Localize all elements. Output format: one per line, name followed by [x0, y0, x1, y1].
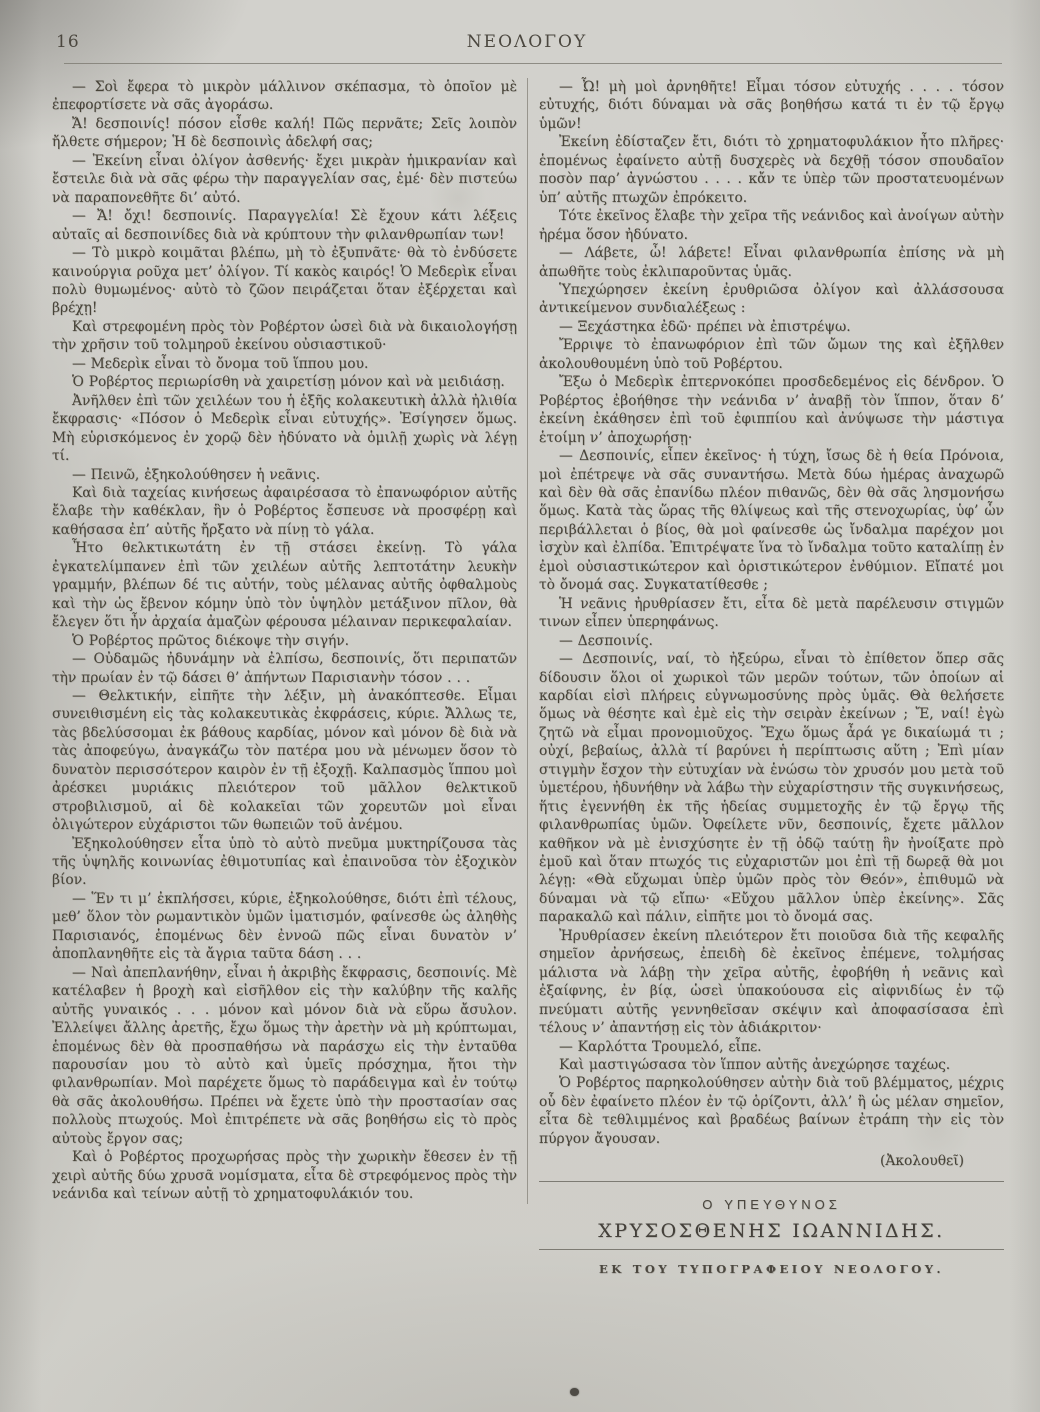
paragraph: — Δεσποινίς, εἶπεν ἐκεῖνος· ἡ τύχη, ἴσως… — [539, 447, 1004, 595]
colophon-rule — [539, 1181, 1004, 1182]
paragraph: Ἠρυθρίασεν ἐκείνη πλειότερον ἔτι ποιοῦσα… — [539, 927, 1004, 1038]
right-column: — Ὦ! μὴ μοὶ ἀρνηθῆτε! Εἶμαι τόσον εὐτυχή… — [528, 78, 1004, 1278]
paragraph: Ἀνῆλθεν ἐπὶ τῶν χειλέων του ἡ ἑξῆς κολακ… — [52, 392, 517, 466]
paragraph: — Οὐδαμῶς ἠδυνάμην νὰ ἐλπίσω, δεσποινίς,… — [52, 650, 517, 687]
masthead: 16 ΝΕΟΛΟΓΟΥ — [52, 18, 1002, 64]
paragraph: Ἄ! δεσποινίς! πόσον εἶσθε καλή! Πῶς περν… — [52, 115, 517, 152]
paragraph: Ἦτο θελκτικωτάτη ἐν τῇ στάσει ἐκείνῃ. Τὸ… — [52, 539, 517, 631]
colophon: Ο ΥΠΕΥΘΥΝΟΣ ΧΡΥΣΟΣΘΕΝΗΣ ΙΩΑΝΝΙΔΗΣ. ΕΚ ΤΟ… — [539, 1181, 1004, 1278]
paragraph: — Ἐκείνη εἶναι ὀλίγον ἀσθενής· ἔχει μικρ… — [52, 152, 517, 207]
imprint: ΕΚ ΤΟΥ ΤΥΠΟΓΡΑΦΕΙΟΥ ΝΕΟΛΟΓΟΥ. — [539, 1260, 1004, 1278]
paragraph: — Ξεχάστηκα ἐδῶ· πρέπει νὰ ἐπιστρέψω. — [539, 318, 1004, 336]
responsible-name: ΧΡΥΣΟΣΘΕΝΗΣ ΙΩΑΝΝΙΔΗΣ. — [539, 1222, 1004, 1240]
paragraph: Ὁ Ροβέρτος παρηκολούθησεν αὐτὴν διὰ τοῦ … — [539, 1074, 1004, 1148]
paragraph: — Πεινῶ, ἐξηκολούθησεν ἡ νεᾶνις. — [52, 466, 517, 484]
paragraph: Ὁ Ροβέρτος πρῶτος διέκοψε τὴν σιγήν. — [52, 632, 517, 650]
paragraph: — Δεσποινίς. — [539, 632, 1004, 650]
paragraph: Ἐξηκολούθησεν εἶτα ὑπὸ τὸ αὐτὸ πνεῦμα μυ… — [52, 835, 517, 890]
responsible-label: Ο ΥΠΕΥΘΥΝΟΣ — [539, 1196, 1004, 1214]
paragraph: — Ναὶ ἀπεπλανήθην, εἶναι ἡ ἀκριβὴς ἔκφρα… — [52, 964, 517, 1149]
continuation-note: (Ἀκολουθεῖ) — [539, 1152, 1004, 1170]
page-ornament-dot — [570, 1388, 579, 1396]
scanned-newspaper-page: { "page": { "number": "16", "title": "ΝΕ… — [0, 0, 1040, 1412]
paragraph: Τότε ἐκεῖνος ἔλαβε τὴν χεῖρα τῆς νεάνιδο… — [539, 207, 1004, 244]
left-column: — Σοὶ ἔφερα τὸ μικρὸν μάλλινον σκέπασμα,… — [52, 78, 528, 1204]
paragraph: — Ἕν τι μ’ ἐκπλήσσει, κύριε, ἐξηκολούθησ… — [52, 890, 517, 964]
paragraph: Ἔξω ὁ Μεδερὶκ ἐπτερνοκόπει προσδεδεμένος… — [539, 373, 1004, 447]
masthead-rule — [64, 63, 1002, 64]
paragraph: — Ὦ! μὴ μοὶ ἀρνηθῆτε! Εἶμαι τόσον εὐτυχή… — [539, 78, 1004, 133]
newspaper-title: ΝΕΟΛΟΓΟΥ — [52, 32, 1002, 52]
paragraph: — Δεσποινίς, ναί, τὸ ἠξεύρω, εἶναι τὸ ἐπ… — [539, 650, 1004, 927]
paragraph: — Μεδερὶκ εἶναι τὸ ὄνομα τοῦ ἵππου μου. — [52, 355, 517, 373]
paragraph: — Ἄ! ὄχι! δεσποινίς. Παραγγελία! Σὲ ἔχου… — [52, 207, 517, 244]
paragraph: Καὶ στρεφομένη πρὸς τὸν Ροβέρτον ὡσεὶ δι… — [52, 318, 517, 355]
paragraph: Καὶ διὰ ταχείας κινήσεως ἀφαιρέσασα τὸ ἐ… — [52, 484, 517, 539]
paragraph: — Λάβετε, ὦ! λάβετε! Εἶναι φιλανθρωπία ἐ… — [539, 244, 1004, 281]
paragraph: Ἐκείνη ἐδίσταζεν ἔτι, διότι τὸ χρηματοφυ… — [539, 133, 1004, 207]
article-body: — Σοὶ ἔφερα τὸ μικρὸν μάλλινον σκέπασμα,… — [52, 78, 1004, 1278]
paragraph: Καὶ μαστιγώσασα τὸν ἵππον αὐτῆς ἀνεχώρησ… — [539, 1056, 1004, 1074]
paragraph: Καὶ ὁ Ροβέρτος προχωρήσας πρὸς τὴν χωρικ… — [52, 1148, 517, 1203]
imprint-rule — [539, 1249, 1004, 1250]
paragraph: — Σοὶ ἔφερα τὸ μικρὸν μάλλινον σκέπασμα,… — [52, 78, 517, 115]
paragraph: — Τὸ μικρὸ κοιμᾶται βλέπω, μὴ τὸ ἐξυπνᾶτ… — [52, 244, 517, 318]
paragraph: Ἔρριψε τὸ ἐπανωφόριον ἐπὶ τῶν ὤμων της κ… — [539, 336, 1004, 373]
paragraph: — Καρλόττα Τρουμελό, εἶπε. — [539, 1038, 1004, 1056]
paragraph: Ὁ Ροβέρτος περιωρίσθη νὰ χαιρετίσῃ μόνον… — [52, 373, 517, 391]
paragraph: — Θελκτικήν, εἰπῆτε τὴν λέξιν, μὴ ἀνακόπ… — [52, 687, 517, 835]
right-column-text: — Ὦ! μὴ μοὶ ἀρνηθῆτε! Εἶμαι τόσον εὐτυχή… — [539, 78, 1004, 1148]
paragraph: Ἡ νεᾶνις ἠρυθρίασεν ἔτι, εἶτα δὲ μετὰ πα… — [539, 595, 1004, 632]
paragraph: Ὑπεχώρησεν ἐκείνη ἐρυθριῶσα ὀλίγον καὶ ἀ… — [539, 281, 1004, 318]
